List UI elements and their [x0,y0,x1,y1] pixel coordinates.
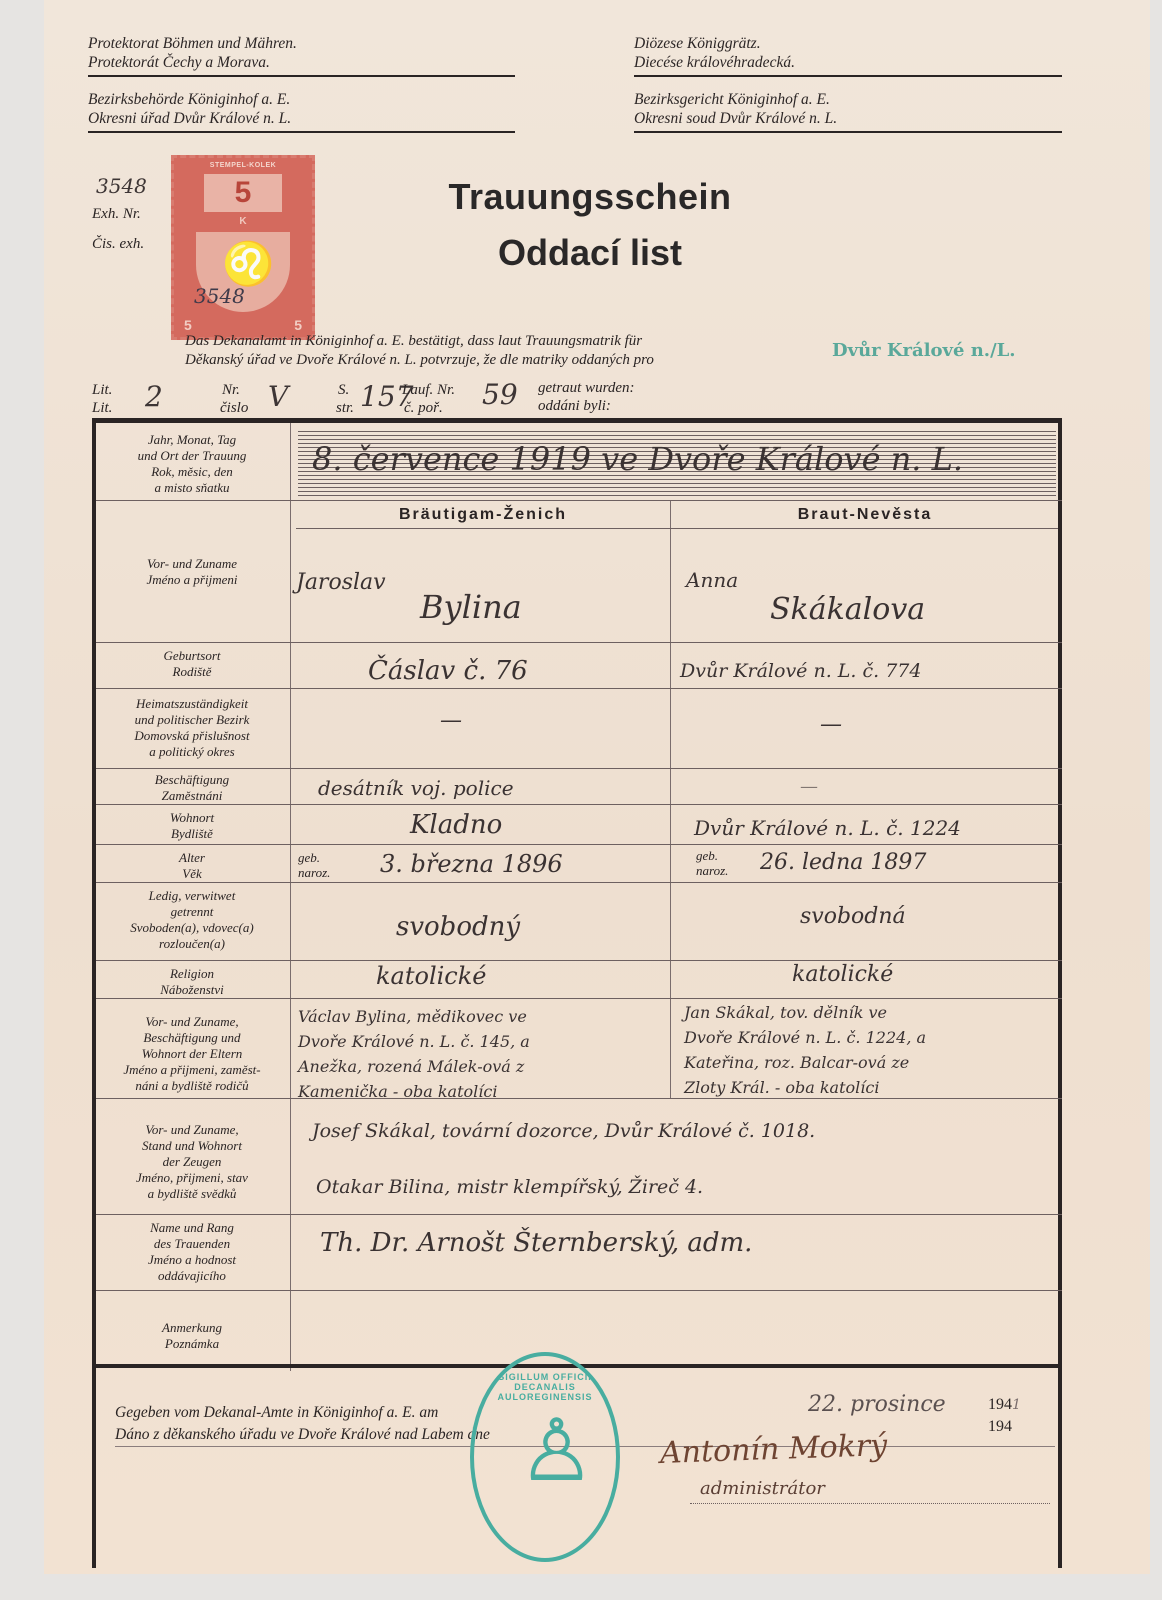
parish-seal: SIGILLUM OFFICII DECANALIS AULOREGINENSI… [470,1352,620,1562]
label-parents: Vor- und Zuname,Beschäftigung undWohnort… [96,1014,288,1094]
bride-residence: Dvůr Králové n. L. č. 1224 [694,816,961,840]
divider [96,688,1062,689]
signature-line [690,1503,1050,1504]
label-marriage-date: Jahr, Monat, Tagund Ort der TrauungRok, … [96,432,288,496]
groom-birthplace: Čáslav č. 76 [368,656,528,686]
divider [634,75,1062,77]
bride-occupation: — [800,776,818,797]
divider [96,844,1062,845]
header-district-court: Bezirksgericht Königinhof a. E. Okresni … [634,90,1062,128]
label-marital-status: Ledig, verwitwetgetrenntSvoboden(a), vdo… [96,888,288,952]
label-religion: ReligionNáboženstvi [96,966,288,998]
divider [96,500,1062,501]
intro-line-de: Das Dekanalamt in Königinhof a. E. bestä… [185,332,654,351]
serial-label-de: Lauf. Nr. [402,382,455,399]
groom-column-header: Bräutigam-Ženich [296,506,670,524]
bride-domicile: — [820,712,842,737]
label-age: AlterVěk [96,850,288,882]
groom-born-prefix: geb.naroz. [298,850,330,880]
exhibit-number: 3548 [96,174,147,198]
bride-column-header: Braut-Nevěsta [672,506,1058,524]
groom-domicile: — [440,708,462,733]
header-text: Diözese Königgrätz. [634,34,1062,53]
bride-marital-status: svobodná [800,904,906,929]
stamp-corner-value: 5 [184,317,192,333]
header-district-office: Bezirksbehörde Königinhof a. E. Okresni … [88,90,515,128]
divider [88,131,515,133]
issued-de: Gegeben vom Dekanal-Amte in Königinhof a… [115,1404,438,1422]
divider [96,1290,1062,1291]
page-label-de: S. [338,382,349,399]
married-cz: oddáni byli: [538,398,611,415]
lit-label-de: Lit. [92,382,112,399]
revenue-stamp: STEMPEL-KOLEK 5 K ♌ 5 5 3548 [171,155,315,340]
marriage-date-value: 8. července 1919 ve Dvoře Králové n. L. [312,440,963,478]
issued-cz: Dáno z děkanského úřadu ve Dvoře Králové… [115,1426,490,1444]
saint-figure-icon: ♙ [518,1396,595,1506]
header-text: Okresni úřad Dvůr Králové n. L. [88,109,515,128]
header-text: Diecése královéhradecká. [634,53,1062,72]
divider [96,960,1062,961]
groom-marital-status: svobodný [396,912,520,942]
nr-label-de: Nr. [222,382,240,399]
serial-value: 59 [482,378,518,411]
intro-text: Das Dekanalamt in Königinhof a. E. bestä… [185,332,654,370]
label-officiant: Name und Rangdes TrauendenJméno a hodnos… [96,1220,288,1284]
exhibit-label-cz: Čis. exh. [92,236,144,253]
stamp-currency: K [174,216,312,227]
page-label-cz: str. [336,400,354,417]
intro-line-cz: Děkanský úřad ve Dvoře Králové n. L. pot… [185,351,654,370]
divider [670,500,671,1098]
divider [634,131,1062,133]
label-residence: WohnortBydliště [96,810,288,842]
groom-residence: Kladno [410,810,502,840]
stamp-top-text: STEMPEL-KOLEK [174,162,312,169]
header-text: Bezirksgericht Königinhof a. E. [634,90,1062,109]
lit-value: 2 [145,380,163,413]
groom-occupation: desátník voj. police [318,776,514,800]
witness-2: Otakar Bilina, mistr klempířský, Žireč 4… [316,1176,703,1198]
label-remark: AnmerkungPoznámka [96,1320,288,1352]
divider [96,882,1062,883]
label-witnesses: Vor- und Zuname,Stand und Wohnortder Zeu… [96,1122,288,1202]
title-de: Trauungsschein [390,176,790,218]
officiant-value: Th. Dr. Arnošt Šternberský, adm. [320,1228,752,1258]
divider [88,75,515,77]
divider [96,998,1062,999]
married-de: getraut wurden: [538,380,635,397]
divider [290,423,291,1371]
groom-parents: Václav Bylina, mědikovec veDvoře Králové… [298,1004,530,1104]
stamp-value: 5 [204,174,282,212]
groom-birthdate: 3. března 1896 [380,850,563,878]
stamp-corner-value: 5 [294,317,302,333]
issue-date: 22. prosince [808,1392,946,1417]
signature-title: administrátor [700,1478,825,1499]
witness-1: Josef Skákal, tovární dozorce, Dvůr Král… [312,1120,815,1142]
bride-religion: katolické [792,962,893,987]
label-occupation: BeschäftigungZaměstnáni [96,772,288,804]
label-domicile: Heimatszuständigkeitund politischer Bezi… [96,696,288,760]
issue-year-cz: 194 [988,1418,1012,1436]
groom-first-name: Jaroslav [296,570,386,595]
groom-surname: Bylina [420,588,522,626]
header-text: Okresni soud Dvůr Králové n. L. [634,109,1062,128]
divider [96,1214,1062,1215]
issue-year-de: 1941 [988,1396,1021,1414]
header-protectorate: Protektorat Böhmen und Mähren. Protektor… [88,34,515,72]
lit-label-cz: Lit. [92,400,112,417]
divider [96,642,1062,643]
parish-place-stamp: Dvůr Králové n./L. [832,340,1016,361]
divider [96,1098,1062,1099]
bride-parents: Jan Skákal, tov. dělník veDvoře Králové … [684,1000,926,1100]
header-diocese: Diözese Königgrätz. Diecése královéhrade… [634,34,1062,72]
header-text: Bezirksbehörde Königinhof a. E. [88,90,515,109]
divider [296,528,1058,529]
divider [96,804,1062,805]
bride-surname: Skákalova [770,592,925,627]
bride-first-name: Anna [686,568,738,592]
exhibit-label-de: Exh. Nr. [92,206,141,223]
header-text: Protektorat Böhmen und Mähren. [88,34,515,53]
label-name: Vor- und ZunameJméno a přijmeni [96,556,288,588]
serial-label-cz: č. poř. [404,400,443,417]
bride-birthdate: 26. ledna 1897 [760,850,926,875]
groom-religion: katolické [376,962,486,990]
bride-born-prefix: geb.naroz. [696,848,728,878]
lion-emblem-icon: ♌ [222,244,274,286]
header-text: Protektorát Čechy a Morava. [88,53,515,72]
title-cz: Oddací list [390,232,790,274]
bride-birthplace: Dvůr Králové n. L. č. 774 [680,660,921,682]
nr-value: V [268,380,288,413]
label-birthplace: GeburtsortRodiště [96,648,288,680]
divider [96,768,1062,769]
nr-label-cz: čislo [220,400,248,417]
stamp-cancellation: 3548 [194,284,245,308]
